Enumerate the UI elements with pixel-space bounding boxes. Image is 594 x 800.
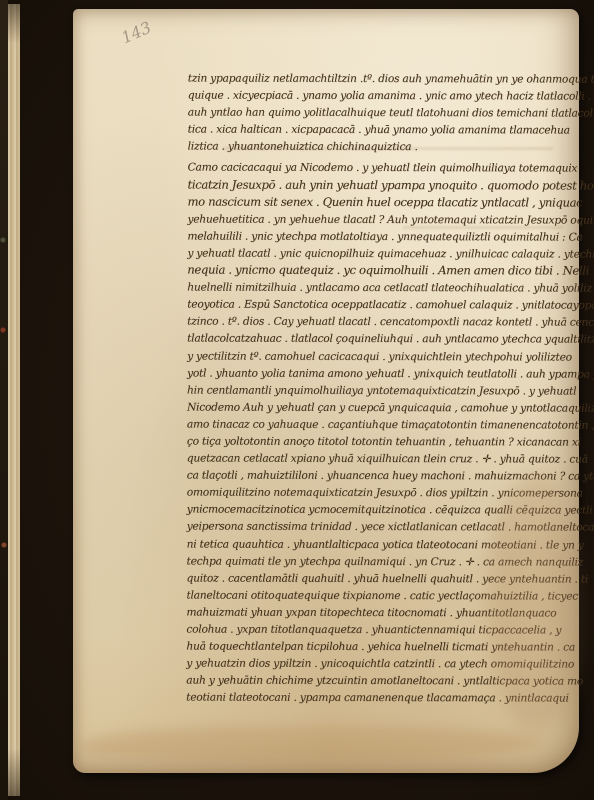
manuscript-line: teoyotica . Espū Sanctotica oceppatlacat… — [187, 296, 579, 314]
book-spine-outer-edge — [8, 4, 20, 796]
manuscript-line: tzin ypapaquiliz netlamachtiltzin .tº. d… — [188, 69, 580, 87]
manuscript-line: Camo cacicacaqui ya Nicodemo . y yehuatl… — [188, 159, 580, 177]
manuscript-line: quetzacan cetlacatl xpiano yhuā xiquilhu… — [187, 450, 579, 468]
manuscript-line: hin centlamantli ynquimolhuiliaya yntote… — [187, 381, 579, 399]
manuscript-line: y yectilitzin tº. camohuel cacicacaqui .… — [187, 347, 579, 365]
manuscript-line: ço tiça yoltotontin anoço titotol totont… — [187, 432, 579, 450]
manuscript-line: amo tinacaz co yahuaque . caçantiuhque t… — [187, 415, 579, 433]
manuscript-line: tlatlacolcatzahuac . tlatlacol çoquineli… — [187, 330, 579, 348]
manuscript-line: huelnelli nimitzilhuia . yntlacamo aca c… — [187, 279, 579, 297]
book-photo: 143 tzin ypapaquiliz netlamachtiltzin .t… — [0, 0, 594, 800]
manuscript-line: yehuehuetitica . yn yehuehue tlacatl ? A… — [187, 210, 579, 228]
manuscript-line: quique . xicyecpiacā . ynamo yolia amani… — [188, 87, 580, 105]
manuscript-page: 143 tzin ypapaquiliz netlamachtiltzin .t… — [73, 9, 579, 773]
manuscript-line-latin: ticatzin Jesuxpō . auh ynin yehuatl ypam… — [188, 176, 580, 194]
manuscript-line: y yehuatl tlacatl . ynic quicnopilhuiz q… — [187, 244, 579, 262]
folio-number: 143 — [118, 18, 154, 48]
water-stain-bottom — [81, 727, 545, 761]
manuscript-line: melahuilili . ynic ytechpa motlatoltiaya… — [187, 227, 579, 245]
manuscript-line: tzinco . tº. dios . Cay yehuatl tlacatl … — [187, 313, 579, 331]
manuscript-line: auh yntlao han quimo yolitlacalhuique te… — [188, 104, 580, 122]
manuscript-line: tica . xica haltican . xicpapacacā . yhu… — [188, 121, 580, 139]
manuscript-line: liztica . yhuantonehuiztica chichinaquiz… — [188, 138, 580, 156]
manuscript-line: yotl . yhuanto yolia tanima amono yehuat… — [187, 364, 579, 382]
manuscript-line-latin: nequia . ynicmo quatequiz . yc oquimolhu… — [187, 262, 579, 280]
water-stain-right — [487, 473, 577, 733]
manuscript-line-latin: mo nascicum sit senex . Quenin huel ocep… — [187, 193, 579, 211]
manuscript-line: Nicodemo Auh y yehuatl çan y cuepcā ynqu… — [187, 398, 579, 416]
